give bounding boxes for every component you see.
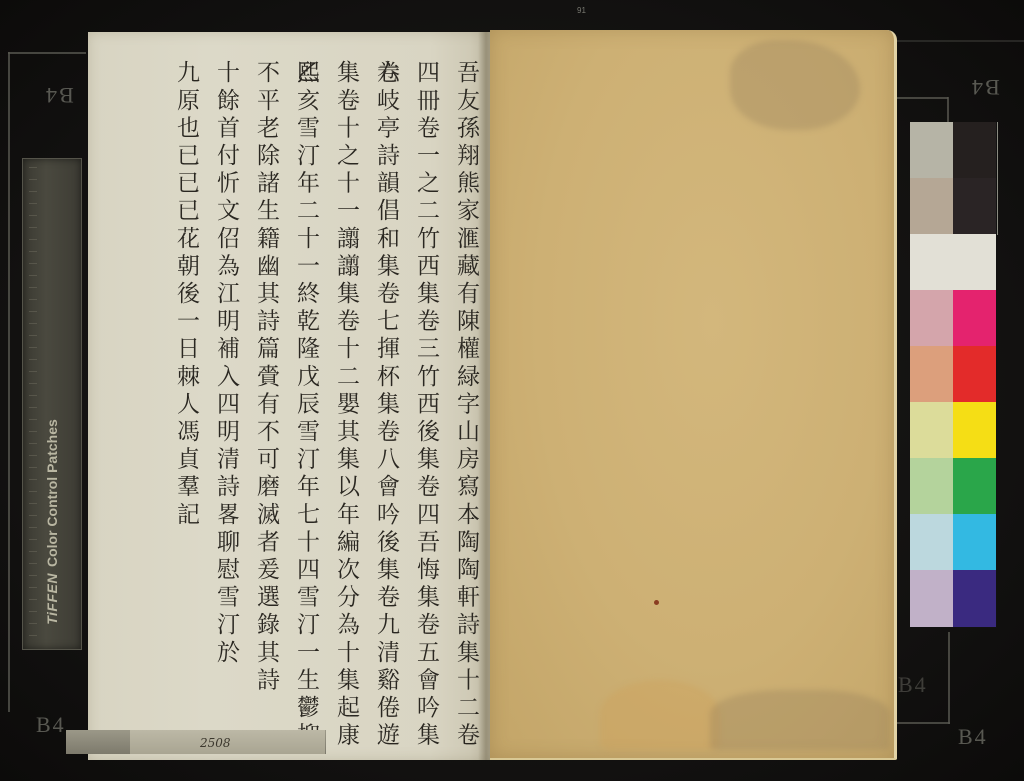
- right-page: [490, 30, 897, 760]
- ruler-mark: 91: [577, 6, 586, 15]
- color-patch: [953, 346, 997, 403]
- red-spot: [654, 600, 659, 605]
- color-patch: [953, 570, 997, 628]
- left-page: 吾友孫翔熊家滙藏有陳權緑字山房寫本陶陶軒詩集十二卷 四冊卷一之二竹西集卷三竹西後…: [88, 32, 490, 760]
- calligraphy-text: 吾友孫翔熊家滙藏有陳權緑字山房寫本陶陶軒詩集十二卷 四冊卷一之二竹西集卷三竹西後…: [136, 60, 486, 760]
- color-patch: [910, 290, 954, 347]
- grid-outline: [948, 632, 950, 724]
- color-patch: [953, 290, 997, 347]
- grid-outline: [896, 97, 948, 99]
- color-patch: [953, 122, 997, 179]
- color-patch: [910, 402, 954, 459]
- b4-label: B4: [44, 82, 74, 108]
- grid-outline: [8, 52, 10, 712]
- open-book: 吾友孫翔熊家滙藏有陳權緑字山房寫本陶陶軒詩集十二卷 四冊卷一之二竹西集卷三竹西後…: [88, 30, 894, 760]
- tiffen-label: TiFFENColor Control Patches: [44, 419, 60, 625]
- tiffen-color-strip: TiFFENColor Control Patches: [22, 158, 82, 650]
- color-patch: [953, 402, 997, 459]
- color-patch: [910, 514, 954, 571]
- text-column: 六岐亭詩韻倡和集卷七揮杯集卷八會吟後集卷九清谿倦遊: [366, 60, 406, 760]
- color-calibration-chart: [910, 122, 997, 632]
- color-patch: [953, 178, 997, 235]
- b4-label: B4: [36, 712, 66, 738]
- text-column: 集卷十之十一譾譾集卷十二嬰其集以年編次分為十集起康熙: [326, 60, 366, 760]
- grid-outline: [947, 97, 949, 125]
- text-column: 乙亥雪汀年二十一終乾隆戊辰雪汀年七十四雪汀一生鬱抑: [286, 60, 326, 760]
- grid-outline: [8, 52, 86, 54]
- text-column: 四冊卷一之二竹西集卷三竹西後集卷四吾悔集卷五會吟集卷: [406, 60, 446, 760]
- tiffen-brand: TiFFEN: [44, 573, 60, 625]
- b4-label: B4: [970, 74, 1000, 100]
- text-column: 十餘首付忻文佋為江明補入四明清詩畧聊慰雪汀於: [206, 60, 246, 760]
- tiffen-title: Color Control Patches: [44, 419, 60, 567]
- grid-outline: [890, 40, 1024, 42]
- color-patch: [953, 514, 997, 571]
- color-patch: [910, 458, 954, 515]
- b4-label: B4: [898, 672, 928, 698]
- water-stain: [710, 690, 890, 750]
- water-stain: [600, 680, 720, 750]
- ruler-ticks: [29, 167, 37, 641]
- color-patch: [910, 178, 954, 235]
- grid-outline: [896, 722, 950, 724]
- color-patch: [910, 570, 954, 628]
- text-column: 不平老除諸生籍幽其詩篇賫有不可磨滅者爰選錄其詩: [246, 60, 286, 760]
- color-patch: [910, 346, 954, 403]
- text-column: 九原也已已已花朝後一日棘人馮貞羣記: [162, 60, 206, 760]
- b4-label: B4: [958, 724, 988, 750]
- catalog-number: 2508: [200, 736, 231, 750]
- color-patch: [953, 458, 997, 515]
- water-stain: [730, 40, 860, 130]
- color-patch: [910, 122, 954, 179]
- color-patch: [910, 234, 997, 291]
